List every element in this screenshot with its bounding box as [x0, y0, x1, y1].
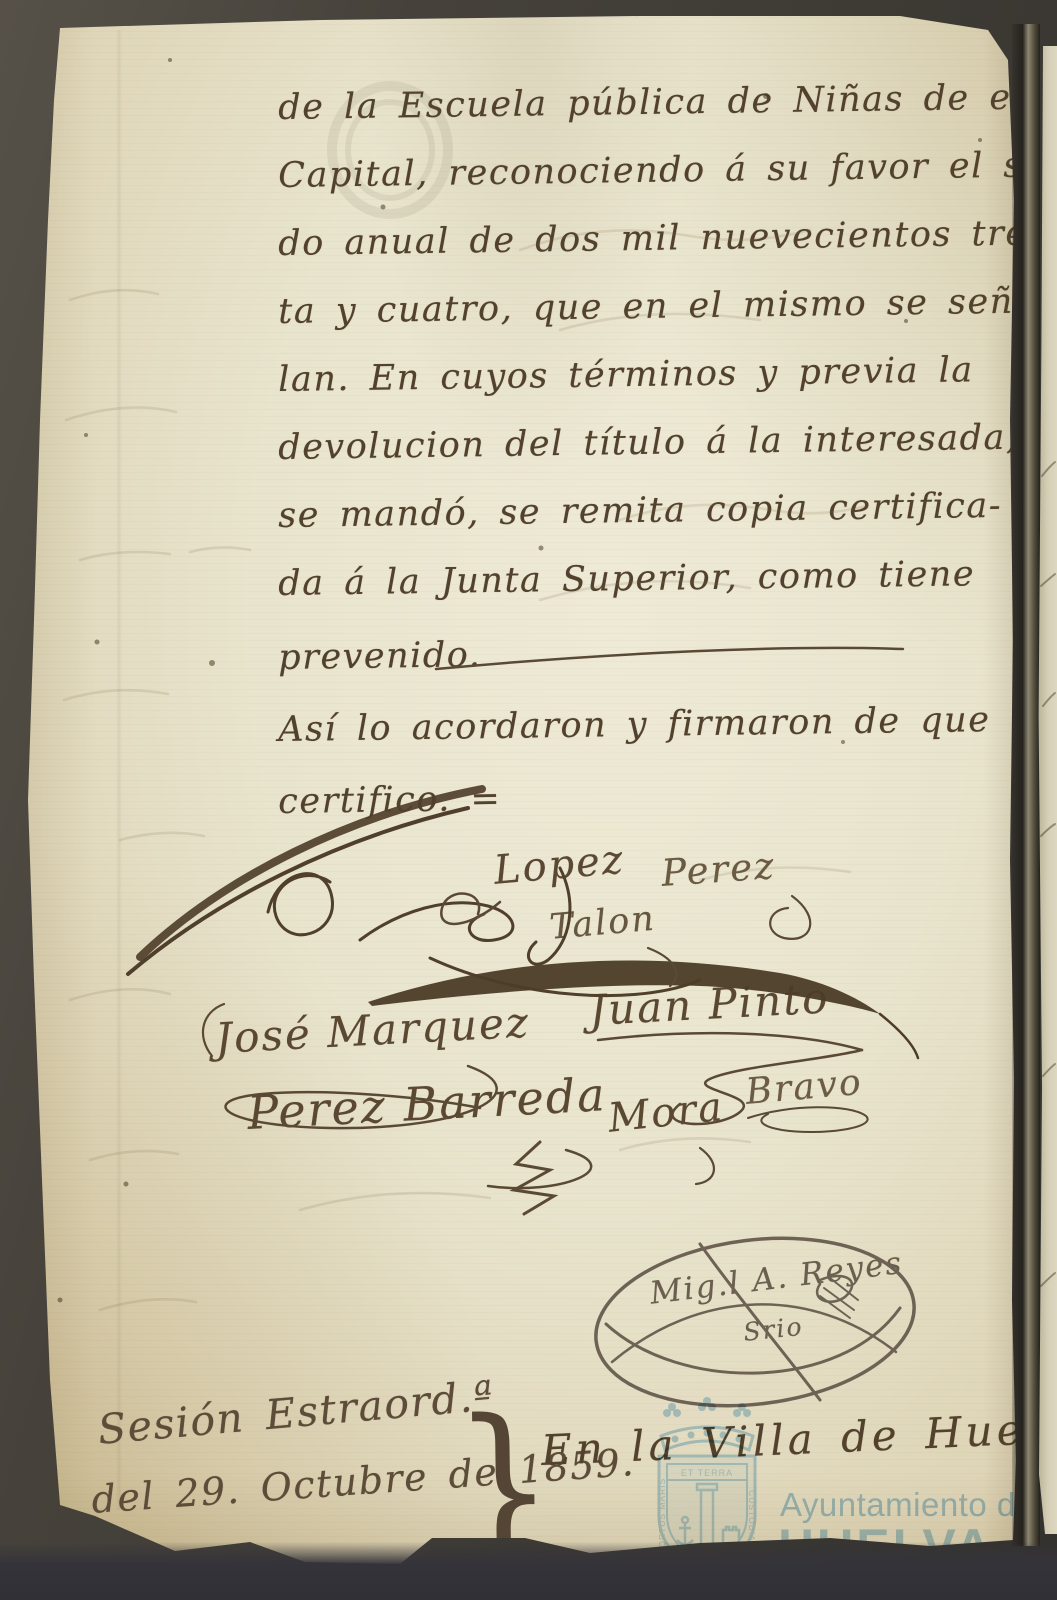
signature-talon: Talon — [548, 899, 657, 948]
session-note-line1: Sesión Estraord.ª — [96, 1371, 496, 1453]
manuscript-line: se mandó, se remita copia certifica- — [278, 486, 1002, 536]
signature-jose-marquez: José Marquez — [214, 998, 531, 1063]
manuscript-line: de la Escuela pública de Niñas de esta — [278, 77, 1057, 128]
closing-line: En la Villa de Huel — [540, 1404, 1044, 1475]
paper-crease — [116, 30, 122, 1510]
next-page-ink-marks — [1037, 46, 1057, 1534]
manuscript-page: de la Escuela pública de Niñas de esta C… — [0, 0, 1057, 1600]
next-page-sliver — [1037, 46, 1057, 1534]
crest-motto-left: PORTUS MARIS — [657, 1478, 667, 1555]
manuscript-line: do anual de dos mil nuevecientos trein- — [278, 213, 1057, 264]
book-gutter — [1012, 24, 1040, 1546]
manuscript-line: Capital, reconociendo á su favor el suel… — [278, 145, 1057, 196]
watermark-org-label: Ayuntamiento de — [780, 1486, 1035, 1524]
watermark-city-label: HUELVA — [778, 1518, 994, 1576]
manuscript-line: ta y cuatro, que en el mismo se seña- — [278, 281, 1050, 332]
rubric-title: Srio — [742, 1312, 805, 1347]
signature-perez: Perez — [660, 844, 777, 895]
signature-lopez: Lopez — [492, 837, 627, 894]
crest-motto-top: ET TERRA — [681, 1468, 733, 1478]
crest-motto-right: CUSTODIA — [747, 1490, 757, 1542]
crest-castle — [723, 1527, 739, 1544]
manuscript-line: Así lo acordaron y firmaron de que — [278, 700, 991, 750]
session-note-brace: } — [452, 1394, 555, 1589]
signature-perez-barreda: Perez Barreda — [246, 1067, 608, 1140]
document-scan: de la Escuela pública de Niñas de esta C… — [0, 0, 1057, 1600]
crest-column — [697, 1484, 717, 1554]
rubric-name: Mig.l A. Reyes — [648, 1245, 905, 1312]
signature-mora: Mora — [606, 1084, 726, 1142]
prevenido-rule — [436, 648, 903, 669]
manuscript-line: prevenido. — [278, 635, 482, 678]
manuscript-line: da á la Junta Superior, como tiene — [278, 554, 975, 604]
manuscript-line: certifico. = — [278, 779, 502, 822]
manuscript-line: lan. En cuyos términos y previa la — [278, 350, 974, 400]
crest-anchor — [677, 1517, 693, 1545]
signature-bravo: Bravo — [744, 1062, 864, 1113]
signature-juan-pinto: Juan Pinto — [588, 973, 830, 1035]
manuscript-line: devolucion del título á la interesada, — [278, 418, 1019, 468]
crest-shield — [659, 1456, 755, 1574]
